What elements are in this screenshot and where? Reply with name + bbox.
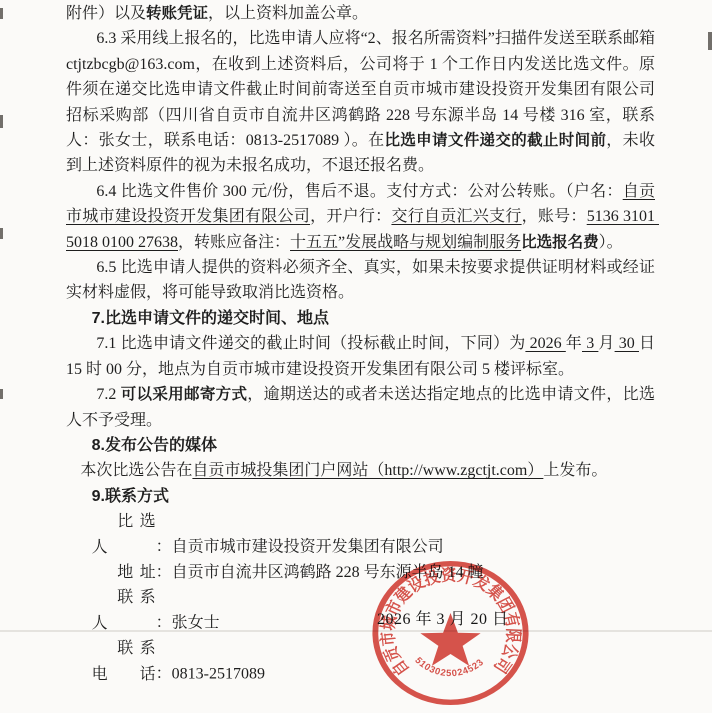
paragraph-7-1: 7.1 比选申请文件递交的截止时间（投标截止时间，下同）为 2026 年 3 月…	[66, 331, 655, 382]
contact-value: 0813-2517089	[172, 666, 265, 683]
text-segment: 年	[566, 335, 582, 352]
contact-label: 联系人	[92, 585, 156, 636]
seal-number: 5103025024523	[412, 655, 486, 679]
heading-7: 7.比选申请文件的递交时间、地点	[66, 306, 655, 331]
contact-value: 张女士	[172, 615, 220, 632]
contact-row-person: 联系人：张女士	[66, 585, 655, 636]
contact-row-address: 地址：自贡市自流井区鸿鹤路 228 号东源半岛 14 幢	[66, 560, 655, 585]
heading-text: 9.联系方式	[92, 488, 169, 505]
website-underlined: 自贡市城投集团门户网站（http://www.zgctjt.com）	[192, 462, 543, 479]
scan-artifact	[0, 115, 3, 128]
text-segment: ）。	[599, 234, 623, 251]
scan-artifact	[0, 389, 3, 399]
contact-colon: ：	[156, 615, 172, 632]
contact-colon: ：	[156, 666, 172, 683]
scan-artifact	[0, 8, 3, 19]
contact-label: 比选人	[92, 509, 156, 560]
text-segment: ，开户行：	[310, 208, 391, 225]
text-segment: 月	[598, 335, 614, 352]
text-segment: ，转账应备注：	[178, 234, 290, 251]
paragraph-7-2: 7.2 可以采用邮寄方式，逾期送达的或者未送达指定地点的比选申请文件，比选人不予…	[66, 382, 655, 433]
paragraph-6-4: 6.4 比选文件售价 300 元/份，售后不退。支付方式：公对公转账。（户名：自…	[66, 179, 655, 255]
text-segment: 7.2	[96, 386, 120, 403]
svg-text:5103025024523: 5103025024523	[412, 655, 486, 679]
signature-date: 2026 年 3 月 20 日	[377, 606, 509, 629]
heading-8: 8.发布公告的媒体	[66, 433, 655, 458]
heading-text: 8.发布公告的媒体	[92, 437, 217, 454]
text-segment: ，以上资料加盖公章。	[208, 5, 368, 22]
month-blank-underlined: 3	[582, 335, 598, 352]
heading-text: 7.比选申请文件的递交时间、地点	[92, 310, 329, 327]
text-segment-bold: 可以采用邮寄方式	[121, 386, 248, 403]
contact-row-phone: 联系电话：0813-2517089	[66, 636, 655, 687]
text-segment: 6.4 比选文件售价 300 元/份，售后不退。支付方式：公对公转账。（户名：	[96, 183, 622, 200]
contact-value: 自贡市城市建设投资开发集团有限公司	[172, 539, 444, 556]
scan-artifact	[0, 228, 3, 239]
text-segment: 附件）以及	[66, 5, 146, 22]
text-segment: 6.5 比选申请人提供的资料必须齐全、真实，如果未按要求提供证明材料或经证实材料…	[66, 259, 655, 301]
scan-artifact	[708, 32, 712, 50]
paragraph-8: 本次比选公告在自贡市城投集团门户网站（http://www.zgctjt.com…	[66, 458, 655, 483]
document-body: 附件）以及转账凭证，以上资料加盖公章。 6.3 采用线上报名的，比选申请人应将“…	[0, 0, 712, 687]
contact-row-selector: 比选人：自贡市城市建设投资开发集团有限公司	[66, 509, 655, 560]
text-segment-bold: 转账凭证	[146, 5, 208, 22]
contact-colon: ：	[156, 564, 172, 581]
contact-label: 联系电话	[92, 636, 156, 687]
bank-name-underlined: 交行自贡汇兴支行	[391, 208, 521, 225]
official-company-seal: 自贡市城市建设投资开发集团有限公司 5103025024523	[367, 556, 534, 710]
contact-colon: ：	[156, 539, 172, 556]
scanned-document-page: 附件）以及转账凭证，以上资料加盖公章。 6.3 采用线上报名的，比选申请人应将“…	[0, 0, 712, 713]
text-segment-bold: 比选报名费	[521, 234, 599, 251]
paragraph-attachment: 附件）以及转账凭证，以上资料加盖公章。	[66, 1, 655, 26]
text-segment: 上发布。	[543, 462, 607, 479]
text-segment: 7.1 比选申请文件递交的截止时间（投标截止时间，下同）为	[96, 335, 525, 352]
text-segment: ，账号：	[522, 208, 587, 225]
year-blank-underlined: 2026	[525, 335, 565, 352]
text-segment-bold: 比选申请文件递交的截止时间前	[384, 132, 606, 149]
day-blank-underlined: 30	[615, 335, 639, 352]
text-segment: 本次比选公告在	[80, 462, 192, 479]
heading-9: 9.联系方式	[66, 484, 655, 509]
paragraph-6-5: 6.5 比选申请人提供的资料必须齐全、真实，如果未按要求提供证明材料或经证实材料…	[66, 255, 655, 306]
paragraph-6-3: 6.3 采用线上报名的，比选申请人应将“2、报名所需资料”扫描件发送至联系邮箱 …	[66, 26, 655, 178]
contact-label: 地址	[92, 560, 156, 585]
remark-underlined: 十五五”发展战略与规划编制服务	[290, 234, 521, 251]
